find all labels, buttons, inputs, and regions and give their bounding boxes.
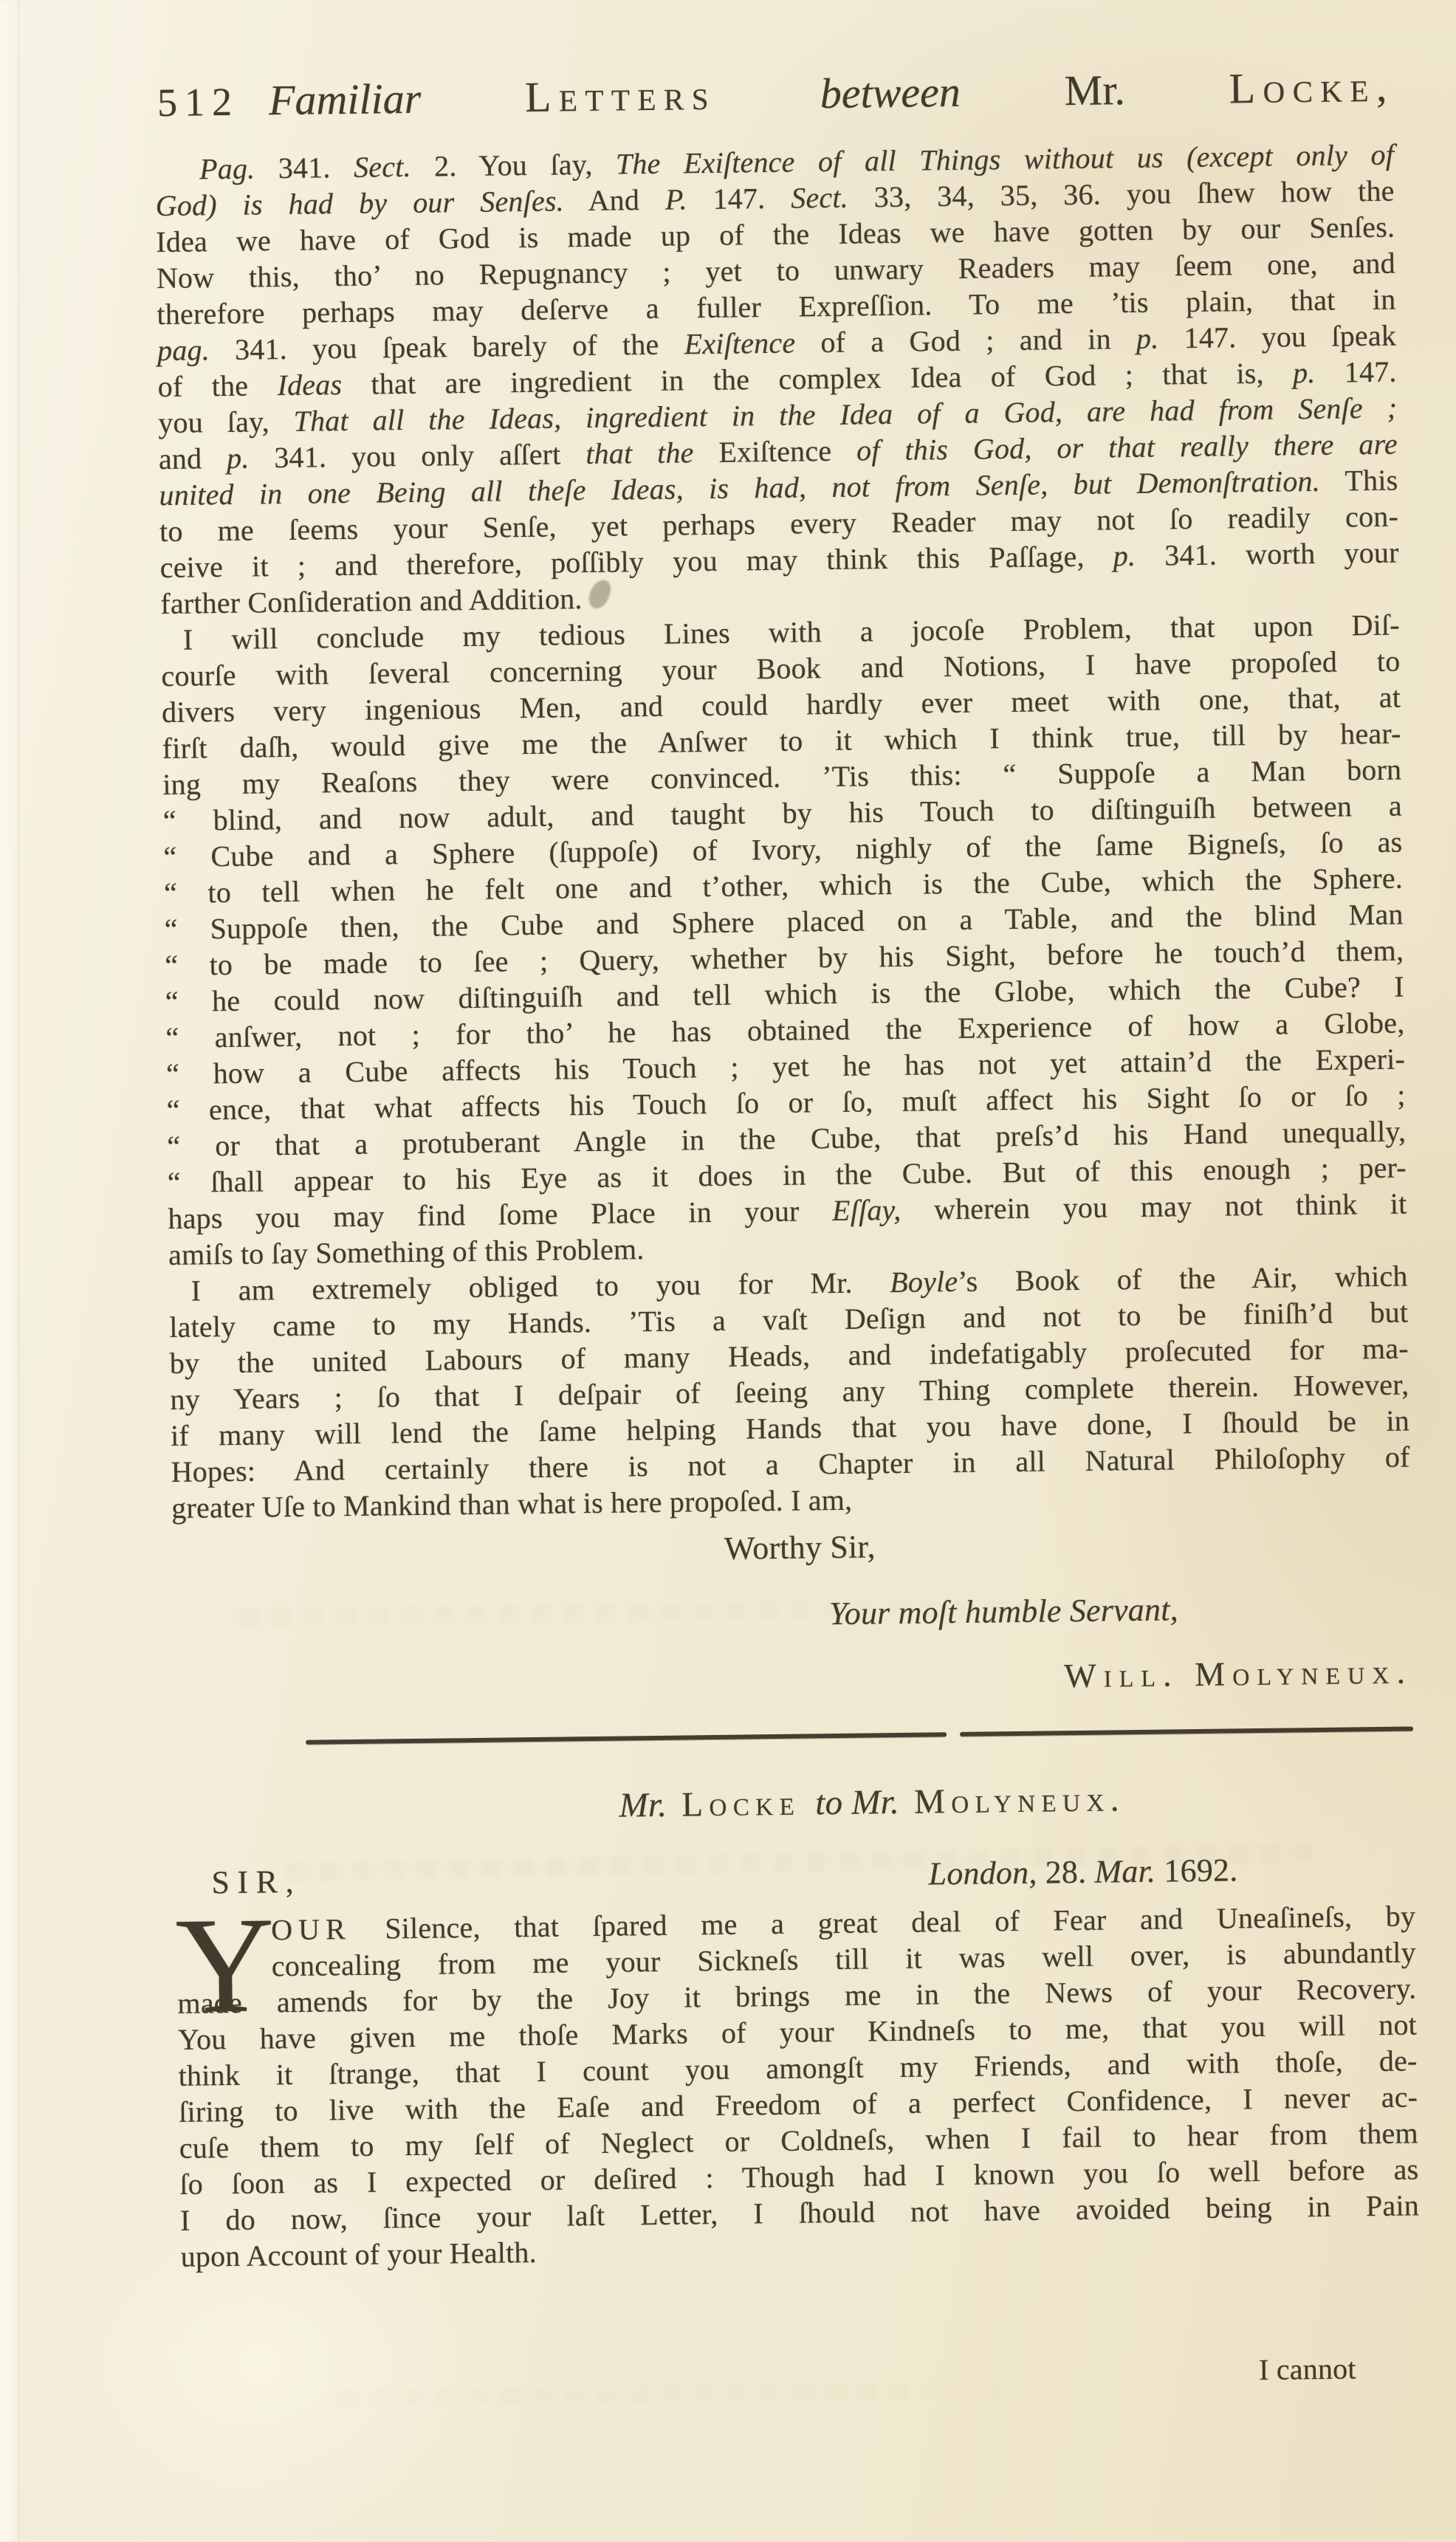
letter2-body: made amends for by the Joy it brings me … — [177, 1970, 1420, 2274]
text-run: Locke, — [1229, 62, 1395, 114]
text-run: Mr. — [619, 1786, 667, 1825]
text-run: p. — [1293, 356, 1316, 389]
text-run: And — [564, 183, 666, 218]
text-run: This — [1320, 464, 1398, 498]
text-run: Boyle — [890, 1265, 958, 1299]
text-run: farther Conſideration and Addition. — [160, 582, 583, 620]
text-run: p. — [227, 442, 250, 475]
text-run: to — [815, 1784, 843, 1822]
letter1-signature: Will. Molyneux. — [174, 1651, 1413, 1707]
divider-rule-right — [960, 1726, 1413, 1737]
text-run: Sect. — [354, 150, 411, 184]
letter1-body: Pag. 341. Sect. 2. You ſay, The Exiſtenc… — [155, 137, 1411, 1526]
text-run: ’s Book of the Air, which — [958, 1260, 1408, 1298]
text-run: Mr. — [842, 1783, 899, 1822]
text-run: OUR — [271, 1912, 351, 1946]
text-run: 2. You ſay, — [411, 148, 616, 183]
book-page: 512 FamiliarLettersbetweenMr.Locke, Pag.… — [0, 0, 1456, 2542]
text-run: of a God ; and in — [795, 322, 1136, 360]
paragraph: Pag. 341. Sect. 2. You ſay, The Exiſtenc… — [155, 137, 1400, 622]
text-run: 147. — [687, 182, 791, 216]
text-run: Letters — [525, 70, 717, 122]
text-run: Familiar — [269, 74, 422, 126]
text-run: Eſſay, — [832, 1193, 902, 1227]
text-run: p. — [1113, 539, 1136, 572]
text-run: upon Account of your Health. — [180, 2236, 537, 2273]
page-content: 512 FamiliarLettersbetweenMr.Locke, Pag.… — [0, 0, 1456, 2542]
text-run: Sect. — [791, 181, 848, 215]
text-run: 147. you ſpeak — [1158, 319, 1396, 355]
text-run: and — [159, 442, 227, 475]
divider-rule-left — [306, 1732, 947, 1745]
text-run: P. — [665, 182, 687, 216]
text-run: Mr. — [1064, 65, 1125, 115]
paragraph: I am extremely obliged to you for Mr. Bo… — [168, 1258, 1410, 1526]
drop-cap: Y — [175, 1906, 275, 2025]
text-run: between — [820, 67, 961, 118]
text-run: wherein you may not think it — [901, 1187, 1407, 1226]
text-run: that the — [586, 436, 694, 470]
letter1-salute: Worthy Sir, — [724, 1521, 1412, 1567]
text-run: p. — [1136, 322, 1159, 355]
page-number: 512 — [157, 79, 240, 126]
running-header: 512 FamiliarLettersbetweenMr.Locke, — [157, 62, 1395, 126]
text-run: Exiſtence — [684, 326, 795, 361]
text-run: Locke — [667, 1784, 816, 1824]
text-run: of the — [157, 368, 277, 403]
text-block: Pag. 341. Sect. 2. You ſay, The Exiſtenc… — [155, 137, 1421, 2401]
paragraph: I will conclude my tedious Lines with a … — [161, 607, 1408, 1273]
letter2-heading: Mr. Locke to Mr. Molyneux. — [253, 1773, 1456, 1832]
text-run: Exiſtence — [693, 434, 856, 470]
text-run: 341. you ſpeak barely of the — [210, 327, 684, 366]
text-run: 147. — [1315, 355, 1397, 389]
text-run: 341. — [255, 151, 354, 185]
text-run: 341. you only aſſert — [249, 437, 586, 475]
text-run: 341. worth your — [1136, 536, 1399, 572]
text-run: Molyneux. — [899, 1780, 1126, 1821]
text-run: haps you may find ſome Place in your — [168, 1194, 832, 1235]
letter2-opening: Y OUR Silence, that ſpared me a great de… — [176, 1897, 1416, 1985]
text-run: greater Uſe to Mankind than what is here… — [171, 1483, 853, 1525]
running-title: FamiliarLettersbetweenMr.Locke, — [269, 62, 1395, 126]
text-run: God) is had by our Senſes. — [155, 184, 564, 222]
text-run: Ideas — [277, 368, 342, 402]
text-run: of this God, or that really there are — [856, 427, 1398, 467]
text-run: pag. — [157, 333, 210, 367]
text-run: Pag. — [199, 151, 255, 185]
text-run: amiſs to ſay Something of this Problem. — [168, 1232, 645, 1271]
section-divider — [306, 1726, 1413, 1744]
text-run: you ſay, — [158, 405, 294, 439]
text-run: 33, 34, 35, 36. you ſhew how the — [848, 174, 1395, 214]
letter2-opening-lines: OUR Silence, that ſpared me a great deal… — [271, 1897, 1416, 1984]
